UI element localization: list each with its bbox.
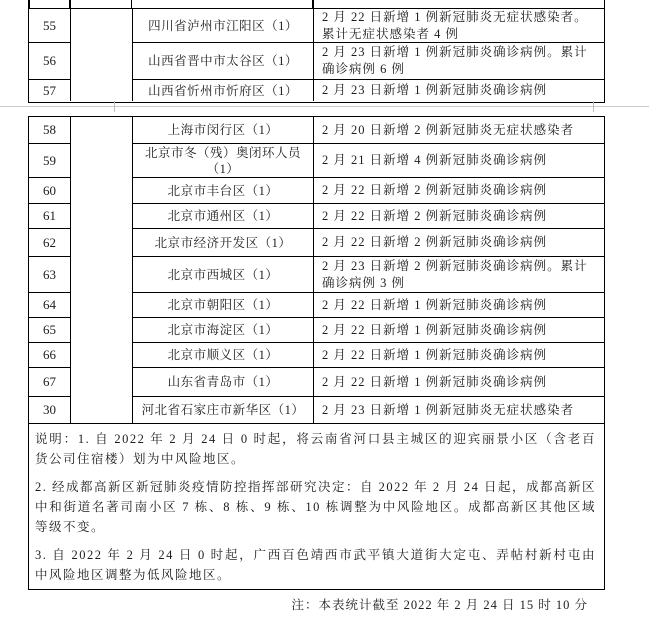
table-row: 63北京市西城区（1）2 月 23 日新增 2 例新冠肺炎确诊病例。累计确诊病例…	[29, 257, 604, 293]
row-number-cell-text: 62	[43, 235, 56, 251]
spacer-cell	[71, 293, 133, 318]
region-cell: 河北省石家庄市新华区（1）	[133, 397, 314, 423]
table-top-stub	[604, 0, 606, 8]
description-cell-text: 2 月 22 日新增 1 例新冠肺炎确诊病例	[322, 297, 547, 314]
description-cell-text: 2 月 23 日新增 1 例新冠肺炎确诊病例	[322, 82, 547, 99]
row-number-cell: 56	[29, 43, 71, 80]
region-cell-text: 北京市通州区（1）	[168, 208, 279, 224]
table-row: 56山西省晋中市太谷区（1）2 月 23 日新增 1 例新冠肺炎确诊病例。累计确…	[29, 43, 604, 80]
row-number-cell-text: 64	[43, 297, 56, 313]
table-row: 58上海市闵行区（1）2 月 20 日新增 2 例新冠肺炎无症状感染者	[29, 117, 604, 144]
spacer-cell	[71, 368, 133, 397]
description-cell: 2 月 22 日新增 2 例新冠肺炎确诊病例	[314, 204, 604, 229]
description-cell: 2 月 22 日新增 2 例新冠肺炎确诊病例	[314, 178, 604, 204]
row-number-cell-text: 66	[43, 347, 56, 363]
row-number-cell: 62	[29, 229, 71, 257]
row-number-cell: 30	[29, 397, 71, 423]
region-cell-text: 山东省青岛市（1）	[168, 374, 279, 390]
spacer-cell	[71, 397, 133, 423]
description-cell-text: 2 月 23 日新增 1 例新冠肺炎无症状感染者	[322, 402, 574, 419]
region-cell-text: 北京市冬（残）奥闭环人员（1）	[135, 145, 311, 177]
description-cell: 2 月 22 日新增 1 例新冠肺炎确诊病例	[314, 368, 604, 397]
region-cell-text: 北京市经济开发区（1）	[155, 235, 292, 251]
page-break-tick	[593, 101, 594, 112]
stat-cutoff-note: 注：本表统计截至 2022 年 2 月 24 日 15 时 10 分	[0, 595, 588, 613]
region-cell: 北京市冬（残）奥闭环人员（1）	[133, 144, 314, 178]
spacer-cell	[71, 204, 133, 229]
description-cell-text: 2 月 22 日新增 1 例新冠肺炎确诊病例	[322, 322, 547, 339]
table-row: 57山西省忻州市忻府区（1）2 月 23 日新增 1 例新冠肺炎确诊病例	[29, 80, 604, 101]
table-top-stub	[28, 0, 30, 8]
table-top-stub	[131, 0, 133, 8]
region-cell-text: 上海市闵行区（1）	[168, 122, 279, 138]
row-number-cell: 63	[29, 257, 71, 293]
spacer-cell	[71, 229, 133, 257]
table-row: 67山东省青岛市（1）2 月 22 日新增 1 例新冠肺炎确诊病例	[29, 368, 604, 397]
row-number-cell: 59	[29, 144, 71, 178]
document-page: 55四川省泸州市江阳区（1）2 月 22 日新增 1 例新冠肺炎无症状感染者。累…	[0, 0, 649, 638]
note-paragraph: 2. 经成都高新区新冠肺炎疫情防控指挥部研究决定：自 2022 年 2 月 24…	[35, 477, 596, 537]
region-cell: 北京市朝阳区（1）	[133, 293, 314, 318]
row-number-cell: 55	[29, 9, 71, 43]
row-number-cell: 57	[29, 80, 71, 101]
description-cell: 2 月 23 日新增 2 例新冠肺炎确诊病例。累计确诊病例 3 例	[314, 257, 604, 293]
row-number-cell-text: 67	[43, 374, 56, 390]
row-number-cell: 65	[29, 318, 71, 343]
notes-cell: 说明：1. 自 2022 年 2 月 24 日 0 时起，将云南省河口县主城区的…	[29, 423, 604, 588]
table-row: 64北京市朝阳区（1）2 月 22 日新增 1 例新冠肺炎确诊病例	[29, 293, 604, 318]
region-cell-text: 北京市丰台区（1）	[168, 183, 279, 199]
row-number-cell: 61	[29, 204, 71, 229]
region-cell-text: 山西省忻州市忻府区（1）	[148, 83, 298, 99]
description-cell: 2 月 23 日新增 1 例新冠肺炎确诊病例。累计确诊病例 6 例	[314, 43, 604, 80]
spacer-cell	[71, 43, 133, 80]
row-number-cell-text: 55	[43, 18, 56, 34]
row-number-cell: 58	[29, 117, 71, 144]
region-cell-text: 山西省晋中市太谷区（1）	[148, 53, 298, 69]
spacer-cell	[71, 257, 133, 293]
row-number-cell-text: 60	[43, 183, 56, 199]
region-cell: 上海市闵行区（1）	[133, 117, 314, 144]
risk-area-table-section-1: 55四川省泸州市江阳区（1）2 月 22 日新增 1 例新冠肺炎无症状感染者。累…	[28, 8, 605, 103]
spacer-cell	[71, 80, 133, 101]
table-row: 66北京市顺义区（1）2 月 22 日新增 1 例新冠肺炎确诊病例	[29, 343, 604, 368]
spacer-cell	[71, 343, 133, 368]
region-cell: 北京市西城区（1）	[133, 257, 314, 293]
row-number-cell-text: 61	[43, 208, 56, 224]
page-break-tick	[114, 101, 115, 112]
table-row: 62北京市经济开发区（1）2 月 22 日新增 2 例新冠肺炎确诊病例	[29, 229, 604, 257]
table-row: 60北京市丰台区（1）2 月 22 日新增 2 例新冠肺炎确诊病例	[29, 178, 604, 204]
table-row: 59北京市冬（残）奥闭环人员（1）2 月 21 日新增 4 例新冠肺炎确诊病例	[29, 144, 604, 178]
region-cell: 北京市丰台区（1）	[133, 178, 314, 204]
description-cell-text: 2 月 23 日新增 1 例新冠肺炎确诊病例。累计确诊病例 6 例	[322, 44, 600, 78]
description-cell: 2 月 23 日新增 1 例新冠肺炎确诊病例	[314, 80, 604, 101]
description-cell: 2 月 20 日新增 2 例新冠肺炎无症状感染者	[314, 117, 604, 144]
spacer-cell	[71, 9, 133, 43]
region-cell-text: 北京市西城区（1）	[168, 267, 279, 283]
table-row: 61北京市通州区（1）2 月 22 日新增 2 例新冠肺炎确诊病例	[29, 204, 604, 229]
description-cell: 2 月 22 日新增 2 例新冠肺炎确诊病例	[314, 229, 604, 257]
description-cell-text: 2 月 20 日新增 2 例新冠肺炎无症状感染者	[322, 122, 574, 139]
note-paragraph: 说明：1. 自 2022 年 2 月 24 日 0 时起，将云南省河口县主城区的…	[35, 429, 596, 469]
description-cell-text: 2 月 22 日新增 1 例新冠肺炎确诊病例	[322, 374, 547, 391]
description-cell: 2 月 22 日新增 1 例新冠肺炎确诊病例	[314, 318, 604, 343]
description-cell: 2 月 22 日新增 1 例新冠肺炎确诊病例	[314, 343, 604, 368]
row-number-cell-text: 63	[43, 267, 56, 283]
region-cell: 山西省晋中市太谷区（1）	[133, 43, 314, 80]
region-cell-text: 四川省泸州市江阳区（1）	[148, 18, 298, 34]
row-number-cell-text: 30	[43, 402, 56, 418]
row-number-cell: 60	[29, 178, 71, 204]
table-row: 55四川省泸州市江阳区（1）2 月 22 日新增 1 例新冠肺炎无症状感染者。累…	[29, 9, 604, 43]
row-number-cell-text: 58	[43, 122, 56, 138]
row-number-cell-text: 56	[43, 53, 56, 69]
region-cell: 北京市顺义区（1）	[133, 343, 314, 368]
region-cell-text: 北京市海淀区（1）	[168, 322, 279, 338]
region-cell-text: 河北省石家庄市新华区（1）	[142, 402, 305, 418]
description-cell: 2 月 21 日新增 4 例新冠肺炎确诊病例	[314, 144, 604, 178]
region-cell: 山西省忻州市忻府区（1）	[133, 80, 314, 101]
spacer-cell	[71, 178, 133, 204]
description-cell: 2 月 22 日新增 1 例新冠肺炎无症状感染者。累计无症状感染者 4 例	[314, 9, 604, 43]
row-number-cell: 64	[29, 293, 71, 318]
region-cell: 北京市通州区（1）	[133, 204, 314, 229]
region-cell: 北京市经济开发区（1）	[133, 229, 314, 257]
description-cell-text: 2 月 23 日新增 2 例新冠肺炎确诊病例。累计确诊病例 3 例	[322, 258, 600, 292]
row-number-cell-text: 57	[43, 83, 56, 99]
description-cell-text: 2 月 22 日新增 2 例新冠肺炎确诊病例	[322, 234, 547, 251]
table-top-stub	[69, 0, 71, 8]
row-number-cell: 66	[29, 343, 71, 368]
spacer-cell	[71, 117, 133, 144]
region-cell: 四川省泸州市江阳区（1）	[133, 9, 314, 43]
description-cell: 2 月 22 日新增 1 例新冠肺炎确诊病例	[314, 293, 604, 318]
region-cell: 山东省青岛市（1）	[133, 368, 314, 397]
region-cell-text: 北京市朝阳区（1）	[168, 297, 279, 313]
table-row: 65北京市海淀区（1）2 月 22 日新增 1 例新冠肺炎确诊病例	[29, 318, 604, 343]
row-number-cell-text: 65	[43, 322, 56, 338]
description-cell: 2 月 23 日新增 1 例新冠肺炎无症状感染者	[314, 397, 604, 423]
region-cell: 北京市海淀区（1）	[133, 318, 314, 343]
row-number-cell-text: 59	[43, 153, 56, 169]
description-cell-text: 2 月 22 日新增 2 例新冠肺炎确诊病例	[322, 208, 547, 225]
description-cell-text: 2 月 21 日新增 4 例新冠肺炎确诊病例	[322, 152, 547, 169]
description-cell-text: 2 月 22 日新增 1 例新冠肺炎确诊病例	[322, 347, 547, 364]
table-row: 30河北省石家庄市新华区（1）2 月 23 日新增 1 例新冠肺炎无症状感染者	[29, 397, 604, 423]
description-cell-text: 2 月 22 日新增 2 例新冠肺炎确诊病例	[322, 182, 547, 199]
table-top-stub	[312, 0, 314, 8]
row-number-cell: 67	[29, 368, 71, 397]
region-cell-text: 北京市顺义区（1）	[168, 347, 279, 363]
spacer-cell	[71, 144, 133, 178]
risk-area-table-section-2: 58上海市闵行区（1）2 月 20 日新增 2 例新冠肺炎无症状感染者59北京市…	[28, 116, 605, 590]
description-cell-text: 2 月 22 日新增 1 例新冠肺炎无症状感染者。累计无症状感染者 4 例	[322, 9, 600, 43]
spacer-cell	[71, 318, 133, 343]
page-break-line	[0, 106, 649, 107]
note-paragraph: 3. 自 2022 年 2 月 24 日 0 时起，广西百色靖西市武平镇大道街大…	[35, 545, 596, 585]
